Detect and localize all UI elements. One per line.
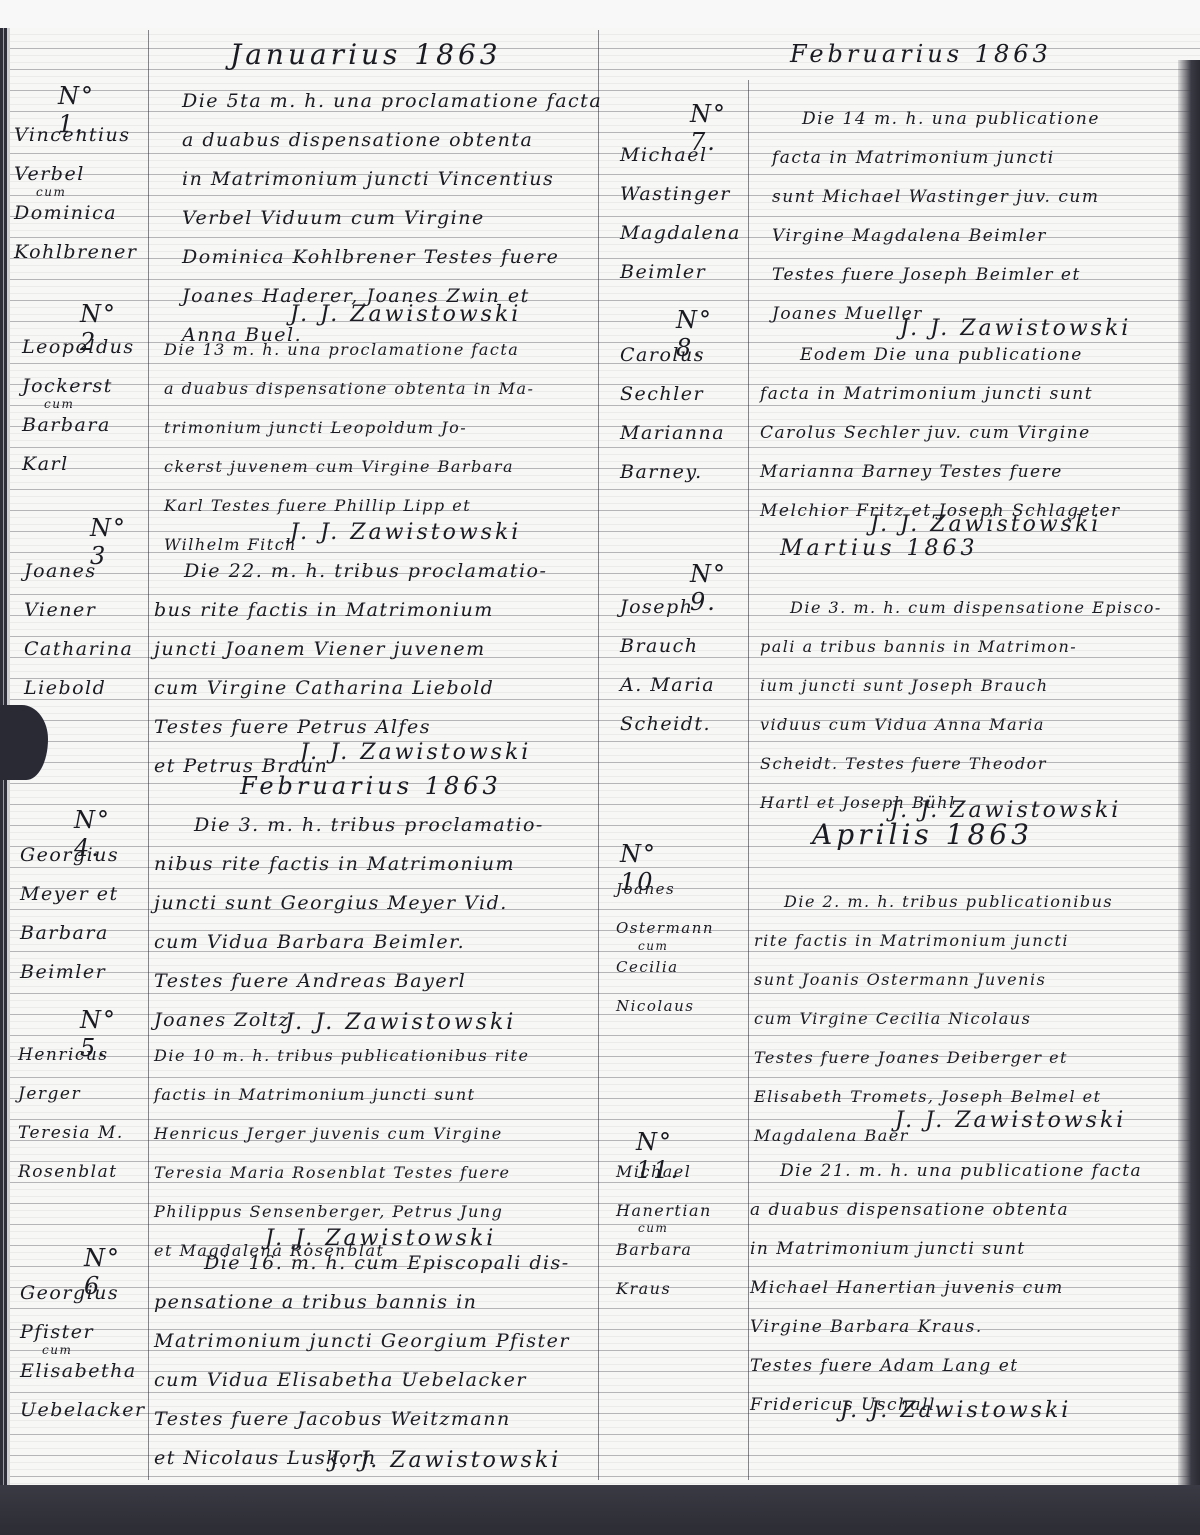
spouse-names: Carolus Sechler Marianna Barney. (620, 336, 760, 492)
month-header-februarius: Februarius 1863 (240, 772, 502, 800)
spouse-names: Vincentius Verbel cum Dominica Kohlbrene… (14, 116, 154, 272)
spouse-names: Leopoldus Jockerst cum Barbara Karl (22, 328, 162, 484)
spouse-names: Georgius Pfister cum Elisabetha Uebelack… (20, 1274, 160, 1430)
priest-signature: J. J. Zawistowski (285, 1010, 516, 1035)
entry-text: Die 16. m. h. cum Episcopali dis- pensat… (154, 1244, 570, 1478)
priest-signature: J. J. Zawistowski (290, 520, 521, 545)
spouse-names: Michael Hanertian cum Barbara Kraus (616, 1152, 756, 1308)
scan-right-shadow (1178, 60, 1200, 1490)
entry-text: Eodem Die una publicatione facta in Matr… (760, 336, 1121, 531)
priest-signature: J. J. Zawistowski (840, 1398, 1071, 1423)
priest-signature: J. J. Zawistowski (870, 512, 1101, 537)
entry-text: Die 14 m. h. una publicatione facta in M… (772, 100, 1100, 334)
priest-signature: J. J. Zawistowski (895, 1108, 1126, 1133)
entry-text: Die 3. m. h. cum dispensatione Episco- p… (760, 588, 1162, 822)
spouse-names: Joanes Viener Catharina Liebold (24, 552, 164, 708)
month-header-martius: Martius 1863 (780, 536, 978, 561)
month-header-januarius: Januarius 1863 (230, 38, 502, 71)
spouse-names: Michael Wastinger Magdalena Beimler (620, 136, 760, 292)
priest-signature: J. J. Zawistowski (330, 1448, 561, 1473)
scan-bottom-shadow (0, 1485, 1200, 1535)
priest-signature: J. J. Zawistowski (290, 302, 521, 327)
scan-top-margin (0, 0, 1200, 28)
month-header-februarius-right: Februarius 1863 (790, 40, 1052, 68)
month-header-aprilis: Aprilis 1863 (812, 818, 1033, 851)
spouse-names: Henricus Jerger Teresia M. Rosenblat (18, 1036, 158, 1192)
spouse-names: Georgius Meyer et Barbara Beimler (20, 836, 160, 992)
priest-signature: J. J. Zawistowski (300, 740, 531, 765)
entry-text: Die 3. m. h. tribus proclamatio- nibus r… (154, 806, 544, 1040)
entry-text: Die 21. m. h. una publicatione facta a d… (750, 1152, 1142, 1425)
spouse-names: Joseph Brauch A. Maria Scheidt. (620, 588, 760, 744)
ink-blot (0, 705, 48, 780)
spouse-names: Joanes Ostermann cum Cecilia Nicolaus (616, 870, 756, 1026)
